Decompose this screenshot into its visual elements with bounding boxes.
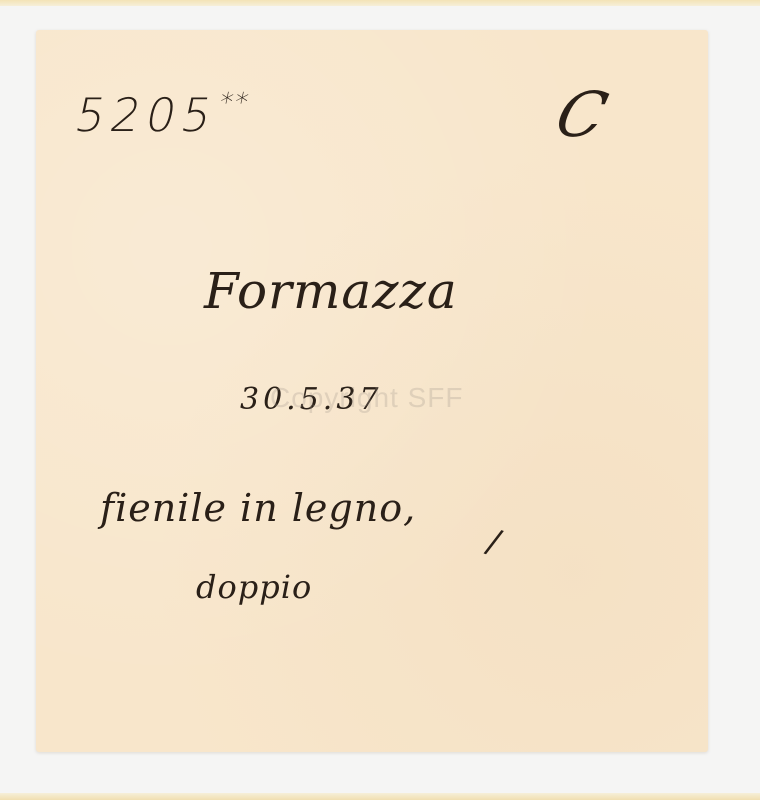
description-line-1: fienile in legno, xyxy=(100,486,416,530)
copyright-watermark: Copyright SFF xyxy=(270,382,464,414)
tick-mark: / xyxy=(482,521,506,563)
place-name: Formazza xyxy=(204,262,458,320)
catalog-number-value: 5205 xyxy=(70,88,223,142)
class-letter: C xyxy=(549,78,615,151)
catalog-number: 5205** xyxy=(70,88,253,142)
description-line-2: doppio xyxy=(196,568,312,606)
scan-edge-bottom xyxy=(0,793,760,800)
scan-edge-top xyxy=(0,0,760,6)
catalog-marks: ** xyxy=(216,88,252,118)
